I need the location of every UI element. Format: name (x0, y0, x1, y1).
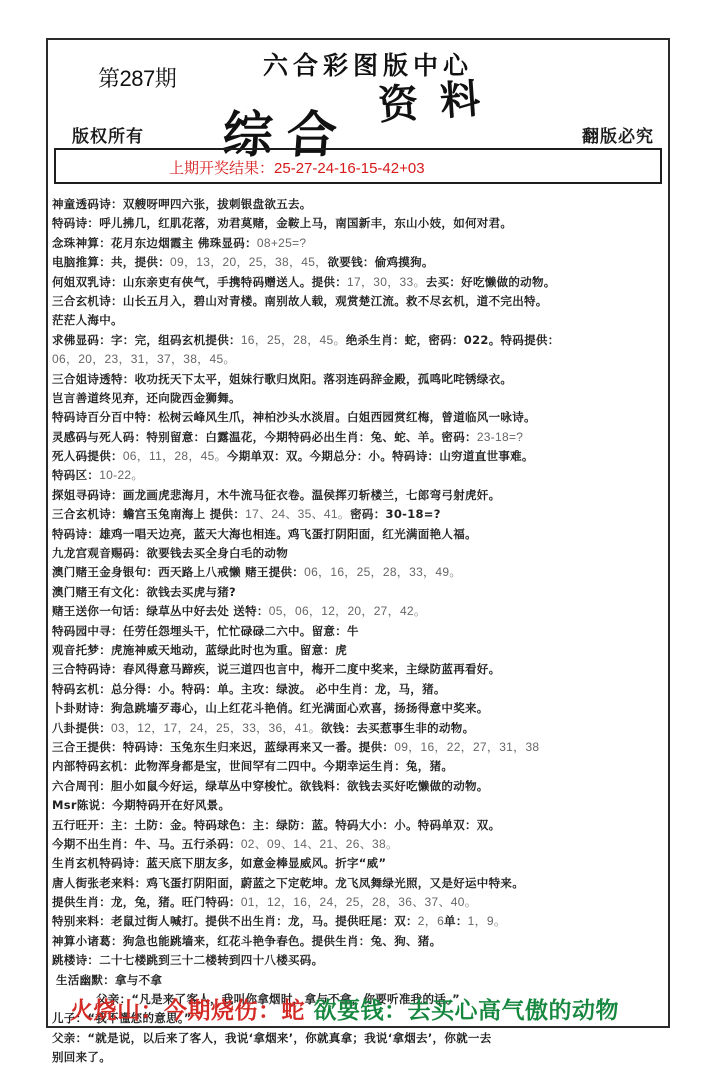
tip-text: 字：完，组码玄机提供： (111, 333, 241, 347)
tip-label: 神童透码诗： (52, 197, 123, 211)
tip-line: 三合特码诗：春风得意马蹄疾，说三道四也言中，梅开二度中奖来，主绿防蓝再看好。 (52, 660, 664, 679)
tip-line: 赌王送你一句话：绿草丛中好去处 送特：05，06，12，20，27，42。 (52, 602, 664, 621)
tip-text: 蟾宫玉兔南海上 提供： (123, 507, 245, 521)
tip-label: 特别来料： (52, 914, 111, 928)
tip-label: 三合玄机诗： (52, 294, 123, 308)
tip-line: 观音托梦：虎施神威天地动，蓝绿此时也为重。留意：虎 (52, 641, 664, 660)
tip-numbers: 05，06，12，20，27，42。 (269, 604, 427, 618)
tip-text: 花月东边烟霞主 佛珠显码： (111, 236, 257, 250)
tip-tail: 欲要钱：偷鸡摸狗。 (328, 255, 434, 269)
tip-text: 西天路上八戒懒 赌王提供： (158, 565, 304, 579)
tip-label: 唐人街张老来料： (52, 876, 146, 890)
story-title: 生活幽默：拿与不拿 (52, 971, 664, 990)
tip-text: 狗急也能跳墙来，红花斗艳争春色。提供生肖：兔、狗、猪。 (123, 934, 442, 948)
tip-label: 五行旺开： (52, 818, 111, 832)
tip-line: 特码诗：雄鸡一唱天边亮，蓝天大海也相连。鸡飞蛋打阴阳面，红光满面艳人福。 (52, 525, 664, 544)
tip-line: 今期不出生肖：牛、马。五行杀码：02、09、14、21、26、38。 (52, 835, 664, 854)
tip-numbers: 09，16，22，27，31，38 (394, 740, 539, 754)
tip-line: 三合玄机诗：山长五月入，碧山对青楼。南别故人载，观赏楚江流。救不尽玄机，道不完出… (52, 292, 664, 311)
last-result-box: 上期开奖结果：25-27-24-16-15-42+03 (54, 148, 662, 184)
tip-label: 特码诗： (52, 527, 99, 541)
tip-label: 三合玄机诗： (52, 507, 123, 521)
tip-label: 三合王提供： (52, 740, 123, 754)
tip-line: 求佛显码：字：完，组码玄机提供：16，25，28，45。绝杀生肖：蛇，密码：02… (52, 331, 664, 350)
tip-line: 澳门赌王金身银句：西天路上八戒懒 赌王提供：06，16，25，28，33，49。 (52, 563, 664, 582)
tip-line: 死人码提供：06，11，28，45。今期单双：双。今期总分：小。特码诗：山穷道直… (52, 447, 664, 466)
tip-text: 狗急跳墙歹毒心，山上红花斗艳俏。红光满面心欢喜，扬扬得意中奖来。 (111, 701, 489, 715)
document-frame: 第287期 六合彩图版中心 综合 资料 版权所有 翻版必究 上期开奖结果：25-… (46, 38, 670, 1028)
tip-text: 共，提供： (111, 255, 170, 269)
tip-text: 任劳任怨埋头干，忙忙碌碌二六中。留意：牛 (123, 624, 359, 638)
tip-line: 三合王提供：特码诗：玉兔东生归来迟，蓝绿再来又一番。提供：09，16，22，27… (52, 738, 664, 757)
tip-text: 绿草丛中好去处 送特： (146, 604, 268, 618)
bottom-banner: 火烧山：今期烧伤：蛇 欲要钱：去买心高气傲的动物 (70, 992, 619, 1025)
tip-text: 欲钱去买虎与猪? (146, 585, 236, 599)
story-line: 父亲：“就是说，以后来了客人，我说‘拿烟来’，你就真拿；我说‘拿烟去’，你就一去 (52, 1029, 664, 1048)
tip-label: 观音托梦： (52, 643, 111, 657)
story-text: 拿与不拿 (115, 973, 162, 987)
tip-line: 提供生肖：龙，兔，猪。旺门特码：01，12，16，24，25，28，36、37、… (52, 893, 664, 912)
tip-tail: 欲钱：去买惹事生非的动物。 (321, 721, 474, 735)
tip-tail: 今期单双：双。今期总分：小。特码诗：山穷道直世事难。 (227, 449, 534, 463)
tip-label: 跳楼诗： (52, 953, 99, 967)
tip-line: 五行旺开：主：土防：金。特码球色：主：绿防：蓝。特码大小：小。特码单双：双。 (52, 816, 664, 835)
tip-label: 内部特码玄机： (52, 759, 135, 773)
tip-text: 收功抚天下太平，姐妹行歌归岚阳。落羽连码辞金殿，孤鸣叱咤锈绿衣。 (135, 372, 513, 386)
tip-label: 死人码提供： (52, 449, 123, 463)
tip-label: 澳门赌王有文化： (52, 585, 146, 599)
tip-line: 念珠神算：花月东边烟霞主 佛珠显码：08+25=? (52, 234, 664, 253)
tip-numbers: 06，11，28，45。 (123, 449, 227, 463)
tip-line: 三合玄机诗：蟾宫玉兔南海上 提供：17、24、35、41。密码：30-18=? (52, 505, 664, 524)
tip-numbers: 06，20，23，31，37，38，45。 (52, 352, 236, 366)
story-text: 别回来了。 (52, 1050, 111, 1064)
tip-text: 茫茫人海中。 (52, 313, 123, 327)
story-text: 父亲：“就是说，以后来了客人，我说‘拿烟来’，你就真拿；我说‘拿烟去’，你就一去 (52, 1031, 492, 1045)
result-numbers: 25-27-24-16-15-42+03 (274, 160, 425, 177)
tip-line: 灵感码与死人码：特别留意：白露温花，今期特码必出生肖：兔、蛇、羊。密码：23-1… (52, 428, 664, 447)
tip-line: 卜卦财诗：狗急跳墙歹毒心，山上红花斗艳俏。红光满面心欢喜，扬扬得意中奖来。 (52, 699, 664, 718)
tip-label: 提供生肖： (52, 895, 111, 909)
tip-text: 虎施神威天地动，蓝绿此时也为重。留意：虎 (111, 643, 347, 657)
tip-label: 九龙宫观音赐码： (52, 546, 146, 560)
tip-tail: 密码：30-18=? (350, 507, 441, 521)
tip-numbers: 1，9。 (468, 914, 507, 928)
tip-line: 电脑推算：共，提供：09，13，20，25，38，45，欲要钱：偷鸡摸狗。 (52, 253, 664, 272)
piracy-warning: 翻版必究 (582, 122, 654, 147)
tip-line: 特别来料：老鼠过街人喊打。提供不出生肖：龙，马。提供旺尾：双：2，6单：1，9。 (52, 912, 664, 931)
tip-label: 澳门赌王金身银句： (52, 565, 158, 579)
tip-numbers: 02、09、14、21、26、38。 (241, 837, 399, 851)
tip-text: 今期特码开在好风景。 (112, 798, 230, 812)
tip-numbers: 23-18=? (477, 430, 523, 444)
tip-text: 此物浑身都是宝，世间罕有二四中。今期幸运生肖：兔，猪。 (135, 759, 454, 773)
tip-line: 六合周刊：胆小如鼠今好运，绿草丛中穿梭忙。欲钱料：欲钱去买好吃懒做的动物。 (52, 777, 664, 796)
tip-tail: 去买：好吃懒做的动物。 (426, 275, 556, 289)
tip-line: 九龙宫观音赐码：欲要钱去买全身白毛的动物 (52, 544, 664, 563)
tip-line: 06，20，23，31，37，38，45。 (52, 350, 664, 369)
tip-label: 特码区： (52, 468, 99, 482)
tip-label: 探姐寻码诗： (52, 488, 123, 502)
tip-text: 雄鸡一唱天边亮，蓝天大海也相连。鸡飞蛋打阴阳面，红光满面艳人福。 (99, 527, 477, 541)
tip-numbers: 16，25，28，45。 (241, 333, 346, 347)
last-result: 上期开奖结果：25-27-24-16-15-42+03 (169, 157, 425, 178)
banner-green: 欲要钱：去买心高气傲的动物 (314, 997, 620, 1024)
tip-label: 卜卦财诗： (52, 701, 111, 715)
tip-line: 神算小诸葛：狗急也能跳墙来，红花斗艳争春色。提供生肖：兔、狗、猪。 (52, 932, 664, 951)
tip-label: 特码园中寻： (52, 624, 123, 638)
tip-line: 特码诗：呼儿拂几，红肌花落，劝君莫赌，金鞍上马，南国新丰，东山小妓，如何对君。 (52, 214, 664, 233)
tip-label: 生肖玄机特码诗： (52, 856, 146, 870)
tip-numbers: 17、24、35、41。 (245, 507, 350, 521)
result-label: 上期开奖结果： (169, 160, 274, 177)
tip-label: 特码玄机： (52, 682, 111, 696)
tip-numbers: 03，12，17，24，25，33，36，41。 (111, 721, 321, 735)
tip-label: 八卦提供： (52, 721, 111, 735)
story-line: 别回来了。 (52, 1048, 664, 1066)
tip-line: 探姐寻码诗：画龙画虎悲海月，木牛流马征衣卷。温侯挥刃斩楼兰，七郎弯弓射虎奸。 (52, 486, 664, 505)
tip-label: 三合姐诗透特： (52, 372, 135, 386)
big-title-part2: 资料 (376, 66, 504, 132)
tip-numbers: 01，12，16，24，25，28，36、37、40。 (241, 895, 477, 909)
tip-label: 电脑推算： (52, 255, 111, 269)
tip-line: 茫茫人海中。 (52, 311, 664, 330)
tip-text: 呼儿拂几，红肌花落，劝君莫赌，金鞍上马，南国新丰，东山小妓，如何对君。 (99, 216, 512, 230)
tip-text: 龙，兔，猪。旺门特码： (111, 895, 241, 909)
tip-text: 双艘呀呷四六张，拔刺银盘欲五去。 (123, 197, 312, 211)
tip-line: 澳门赌王有文化：欲钱去买虎与猪? (52, 583, 664, 602)
tip-line: 何姐双乳诗：山东亲吏有侠气，手携特码赠送人。提供：17，30，33。去买：好吃懒… (52, 273, 664, 292)
tip-label: 今期不出生肖： (52, 837, 135, 851)
tip-numbers: 08+25=? (257, 236, 307, 250)
tip-numbers: 17，30，33。 (347, 275, 426, 289)
tip-line: 跳楼诗：二十七楼跳到三十二楼转到四十八楼买码。 (52, 951, 664, 970)
tip-text: 鸡飞蛋打阴阳面，蔚蓝之下定乾坤。龙飞凤舞绿光照，又是好运中特来。 (146, 876, 524, 890)
tip-text: 春风得意马蹄疾，说三道四也言中，梅开二度中奖来，主绿防蓝再看好。 (123, 662, 501, 676)
tip-label: 念珠神算： (52, 236, 111, 250)
tip-numbers: 10-22。 (99, 468, 144, 482)
tip-label: Msr陈说： (52, 798, 112, 812)
tip-tail: 单： (444, 914, 468, 928)
tip-label: 求佛显码： (52, 333, 111, 347)
tip-label: 三合特码诗： (52, 662, 123, 676)
tip-label: 特码诗： (52, 216, 99, 230)
tip-label: 六合周刊： (52, 779, 111, 793)
tip-text: 蓝天底下朋友多，如意金棒显威风。折字“威” (146, 856, 386, 870)
tip-label: 灵感码与死人码： (52, 430, 146, 444)
tip-line: 特码玄机：总分得：小。特码：单。主攻：绿波。 必中生肖：龙，马，猪。 (52, 680, 664, 699)
tip-text: 主：土防：金。特码球色：主：绿防：蓝。特码大小：小。特码单双：双。 (111, 818, 500, 832)
tip-label: 神算小诸葛： (52, 934, 123, 948)
tip-line: 特码诗百分百中特：松树云峰风生爪，神柏沙头水淡眉。白姐西园赏红梅，曾道临风一咏诗… (52, 408, 664, 427)
story-text: 生活幽默： (56, 973, 115, 987)
tip-text: 画龙画虎悲海月，木牛流马征衣卷。温侯挥刃斩楼兰，七郎弯弓射虎奸。 (123, 488, 501, 502)
tip-text: 岂言善道终见弃，还向陇西金狮舞。 (52, 391, 241, 405)
tip-text: 特别留意：白露温花，今期特码必出生肖：兔、蛇、羊。密码： (146, 430, 476, 444)
tip-text: 松树云峰风生爪，神柏沙头水淡眉。白姐西园赏红梅，曾道临风一咏诗。 (158, 410, 536, 424)
copyright-mark: 版权所有 (72, 122, 144, 147)
tip-numbers: 09，13，20，25，38，45， (170, 255, 328, 269)
tip-text: 总分得：小。特码：单。主攻：绿波。 必中生肖：龙，马，猪。 (111, 682, 446, 696)
issue-number: 第287期 (98, 62, 176, 93)
tip-line: 神童透码诗：双艘呀呷四六张，拔刺银盘欲五去。 (52, 195, 664, 214)
tip-text: 老鼠过街人喊打。提供不出生肖：龙，马。提供旺尾：双： (111, 914, 418, 928)
tip-line: 生肖玄机特码诗：蓝天底下朋友多，如意金棒显威风。折字“威” (52, 854, 664, 873)
tip-line: 内部特码玄机：此物浑身都是宝，世间罕有二四中。今期幸运生肖：兔，猪。 (52, 757, 664, 776)
tip-numbers: 06，16，25，28，33，49。 (304, 565, 462, 579)
tip-label: 赌王送你一句话： (52, 604, 146, 618)
tip-line: 唐人街张老来料：鸡飞蛋打阴阳面，蔚蓝之下定乾坤。龙飞凤舞绿光照，又是好运中特来。 (52, 874, 664, 893)
tip-line: 三合姐诗透特：收功抚天下太平，姐妹行歌归岚阳。落羽连码辞金殿，孤鸣叱咤锈绿衣。 (52, 370, 664, 389)
tip-line: 特码区：10-22。 (52, 466, 664, 485)
tip-label: 特码诗百分百中特： (52, 410, 158, 424)
banner-red: 火烧山：今期烧伤：蛇 (70, 997, 305, 1024)
tip-text: 牛、马。五行杀码： (135, 837, 241, 851)
tip-line: Msr陈说：今期特码开在好风景。 (52, 796, 664, 815)
tip-text: 山长五月入，碧山对青楼。南别故人载，观赏楚江流。救不尽玄机，道不完出特。 (123, 294, 548, 308)
tip-text: 胆小如鼠今好运，绿草丛中穿梭忙。欲钱料：欲钱去买好吃懒做的动物。 (111, 779, 489, 793)
tip-label: 何姐双乳诗： (52, 275, 123, 289)
tips-list: 神童透码诗：双艘呀呷四六张，拔刺银盘欲五去。特码诗：呼儿拂几，红肌花落，劝君莫赌… (52, 195, 664, 1066)
tip-text: 山东亲吏有侠气，手携特码赠送人。提供： (123, 275, 347, 289)
tip-tail: 绝杀生肖：蛇，密码：022。特码提供： (346, 333, 560, 347)
tip-line: 特码园中寻：任劳任怨埋头干，忙忙碌碌二六中。留意：牛 (52, 622, 664, 641)
tip-line: 岂言善道终见弃，还向陇西金狮舞。 (52, 389, 664, 408)
tip-text: 特码诗：玉兔东生归来迟，蓝绿再来又一番。提供： (123, 740, 394, 754)
tip-numbers: 2，6 (418, 914, 444, 928)
tip-text: 欲要钱去买全身白毛的动物 (146, 546, 288, 560)
tip-line: 八卦提供：03，12，17，24，25，33，36，41。欲钱：去买惹事生非的动… (52, 719, 664, 738)
tip-text: 二十七楼跳到三十二楼转到四十八楼买码。 (99, 953, 323, 967)
